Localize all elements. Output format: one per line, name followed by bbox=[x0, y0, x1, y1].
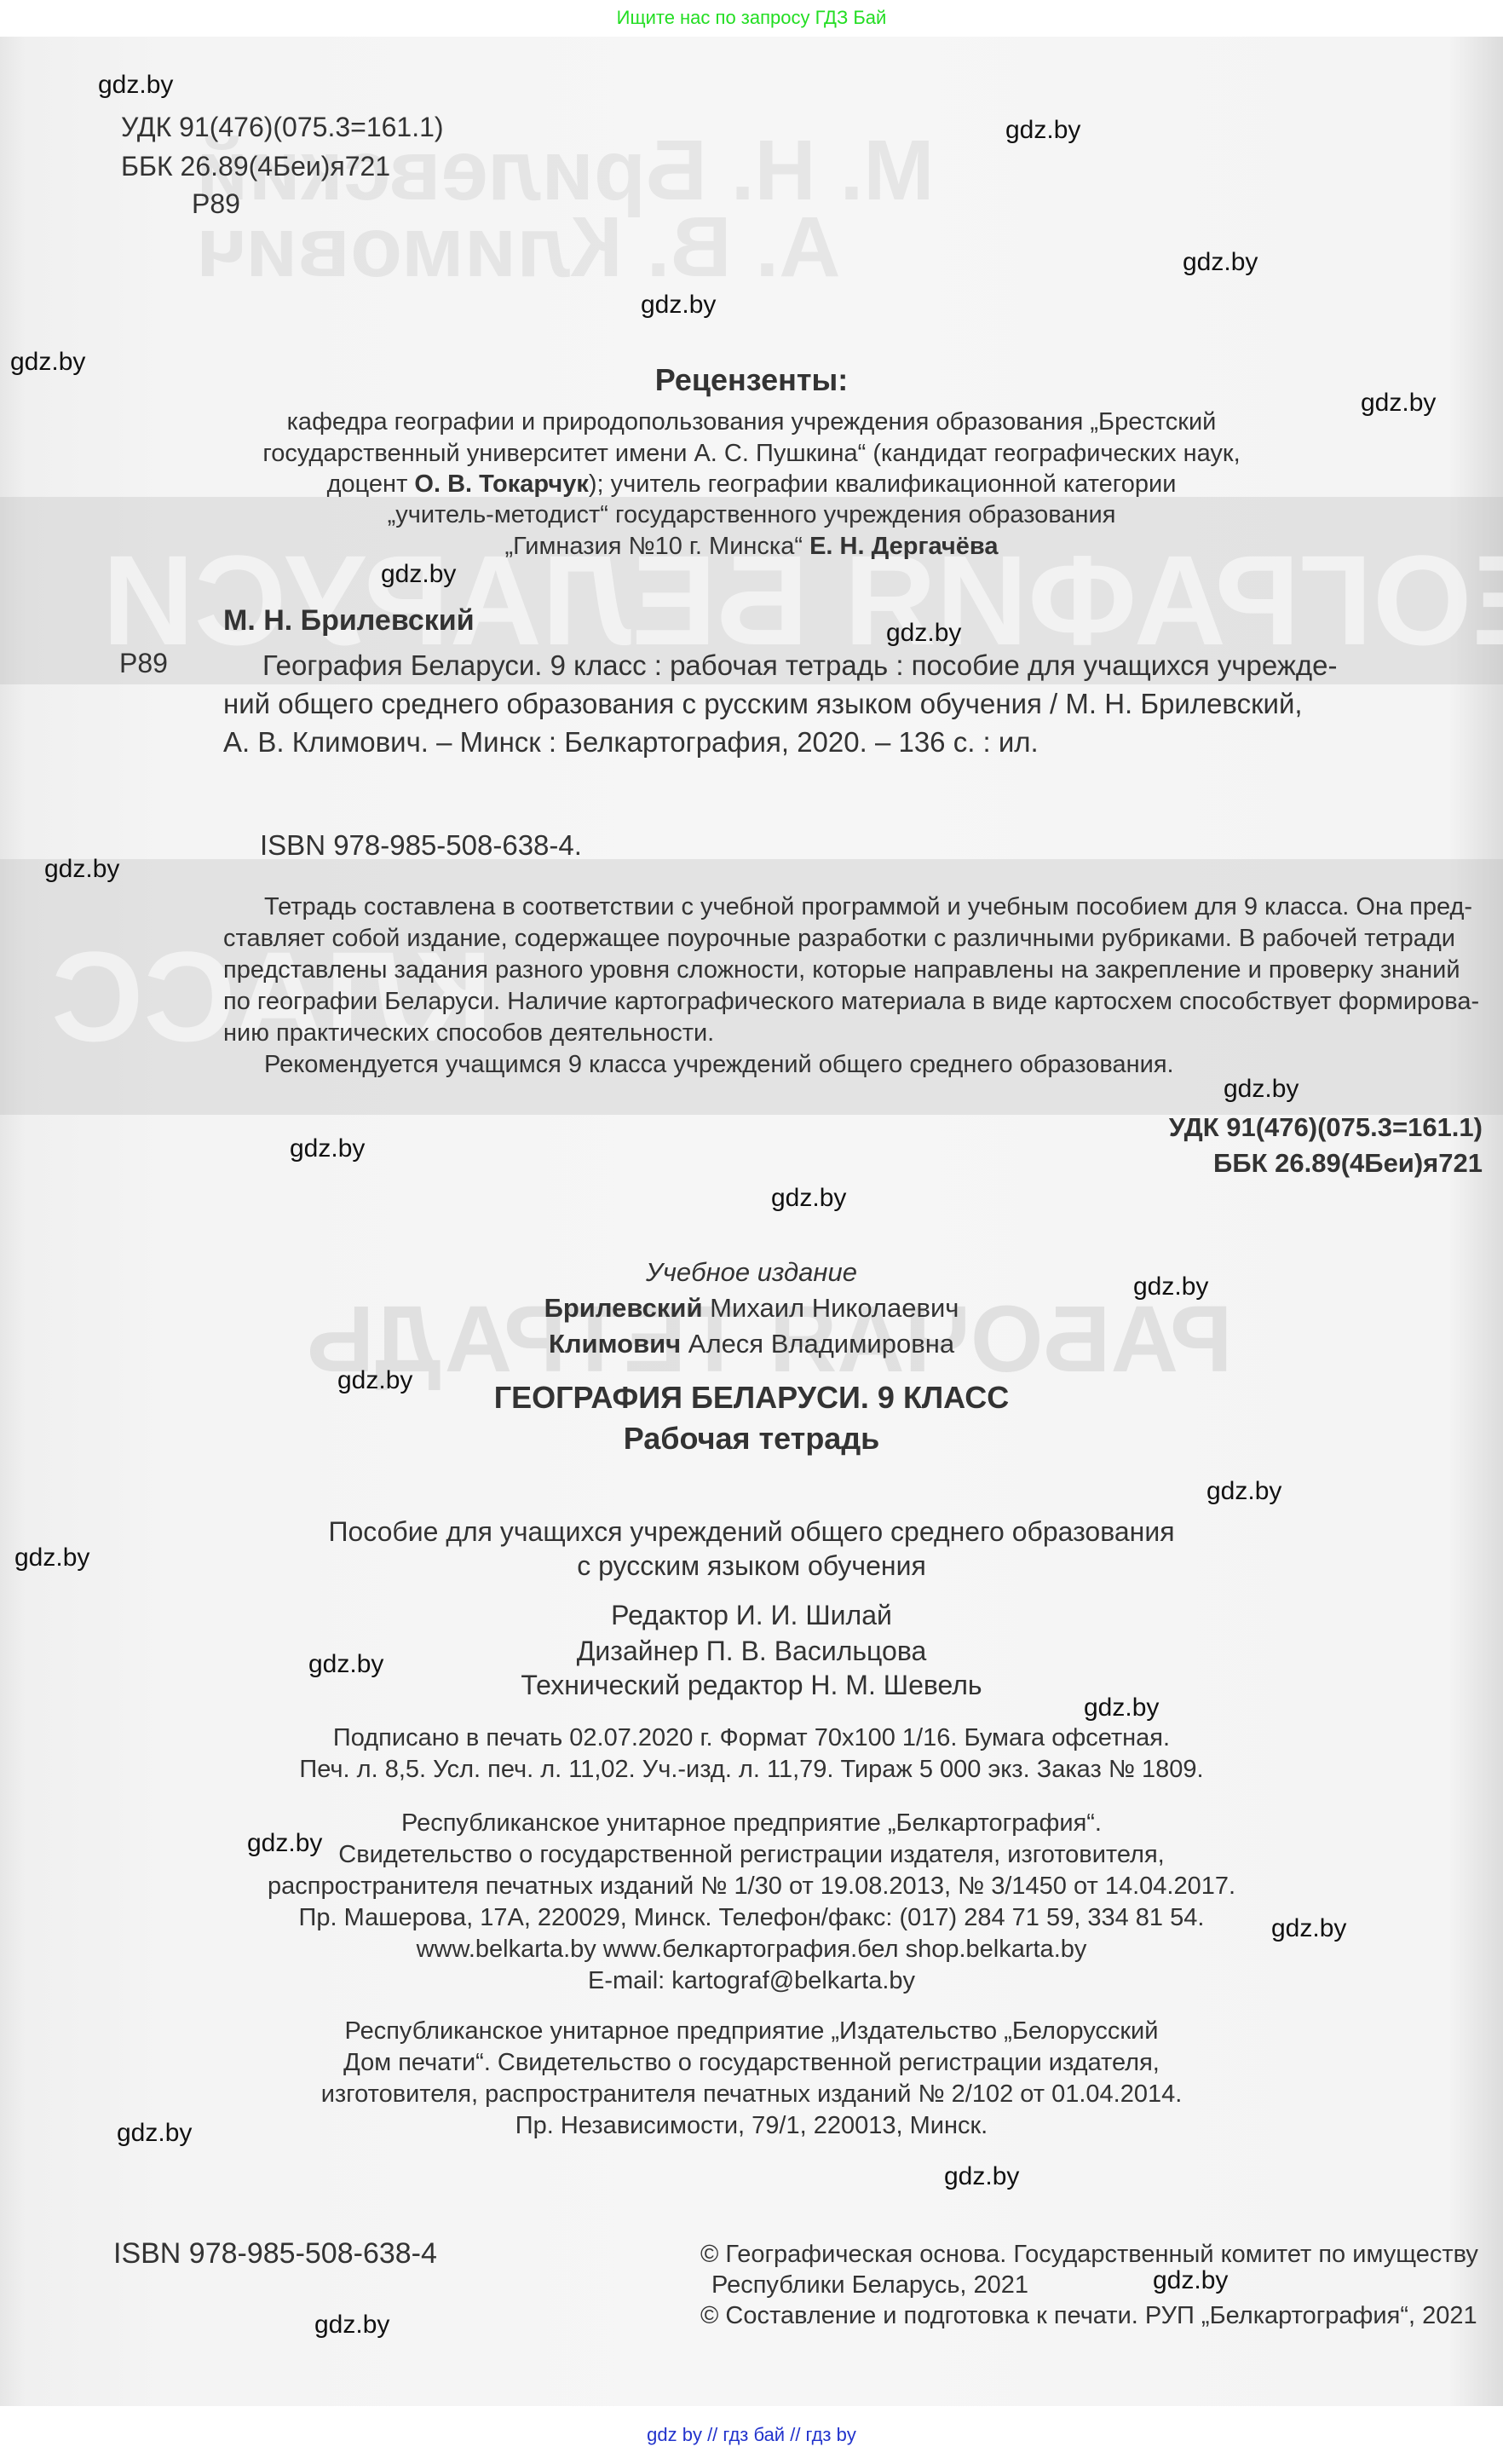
right-udk-code: УДК 91(476)(075.3=161.1) bbox=[1169, 1112, 1483, 1143]
reviewers-line-1: кафедра географии и природопользования у… bbox=[0, 408, 1503, 436]
annotation-line-5: нию практических способов деятельности. bbox=[223, 1019, 714, 1047]
author-1-surname: Брилевский bbox=[544, 1293, 703, 1323]
annotation-line-2: ставляет собой издание, содержащее поуро… bbox=[223, 925, 1455, 953]
watermark: gdz.by bbox=[117, 2119, 192, 2148]
watermark: gdz.by bbox=[247, 1829, 322, 1858]
author-2-name: Алеся Владимировна bbox=[681, 1329, 954, 1359]
citation-line-3: А. В. Климович. – Минск : Белкартография… bbox=[223, 726, 1039, 759]
annotation-line-3: представлены задания разного уровня слож… bbox=[223, 956, 1460, 984]
author-1-name: Михаил Николаевич bbox=[703, 1293, 959, 1323]
citation-line-1: География Беларуси. 9 класс : рабочая те… bbox=[262, 649, 1338, 682]
watermark: gdz.by bbox=[1224, 1075, 1299, 1104]
watermark: gdz.by bbox=[1005, 116, 1080, 145]
technical-editor: Технический редактор Н. М. Шевель bbox=[0, 1670, 1503, 1701]
copyright-line-2: Республики Беларусь, 2021 bbox=[711, 2271, 1028, 2300]
edition-type: Учебное издание bbox=[0, 1257, 1503, 1288]
publisher-email[interactable]: E-mail: kartograf@belkarta.by bbox=[0, 1967, 1503, 1995]
watermark: gdz.by bbox=[886, 619, 961, 648]
author-2: Климович Алеся Владимировна bbox=[0, 1329, 1503, 1359]
watermark: gdz.by bbox=[1153, 2266, 1228, 2295]
citation-isbn: ISBN 978-985-508-638-4. bbox=[260, 829, 582, 862]
printer-line-2: Дом печати“. Свидетельство о государстве… bbox=[0, 2049, 1503, 2077]
reviewers-line-2: государственный университет имени А. С. … bbox=[0, 440, 1503, 468]
annotation-recommendation: Рекомендуется учащимся 9 класса учрежден… bbox=[264, 1051, 1174, 1079]
copyright-line-1: © Географическая основа. Государственный… bbox=[700, 2241, 1478, 2269]
watermark: gdz.by bbox=[314, 2311, 389, 2340]
reviewer-name-tokarchuk: О. В. Токарчук bbox=[414, 470, 588, 498]
watermark: gdz.by bbox=[771, 1184, 846, 1213]
reviewer-text: ); учитель географии квалификационной ка… bbox=[589, 470, 1177, 498]
watermark: gdz.by bbox=[308, 1650, 383, 1679]
author-mark: Р89 bbox=[192, 188, 240, 220]
print-line-1: Подписано в печать 02.07.2020 г. Формат … bbox=[0, 1724, 1503, 1752]
footer-isbn: ISBN 978-985-508-638-4 bbox=[113, 2237, 437, 2271]
watermark: gdz.by bbox=[1133, 1272, 1208, 1301]
annotation-line-4: по географии Беларуси. Наличие картограф… bbox=[223, 988, 1479, 1016]
print-line-2: Печ. л. 8,5. Усл. печ. л. 11,02. Уч.-изд… bbox=[0, 1756, 1503, 1784]
watermark: gdz.by bbox=[381, 560, 456, 589]
publisher-line-1: Республиканское унитарное предприятие „Б… bbox=[0, 1809, 1503, 1838]
watermark: gdz.by bbox=[944, 2162, 1019, 2191]
reviewers-line-3: доцент О. В. Токарчук); учитель географи… bbox=[0, 470, 1503, 499]
publisher-line-2: Свидетельство о государственной регистра… bbox=[0, 1841, 1503, 1869]
watermark: gdz.by bbox=[641, 291, 716, 320]
watermark: gdz.by bbox=[14, 1544, 89, 1572]
citation-mark: Р89 bbox=[119, 648, 168, 679]
designer: Дизайнер П. В. Васильцова bbox=[0, 1636, 1503, 1667]
publisher-line-3: распространителя печатных изданий № 1/30… bbox=[0, 1873, 1503, 1901]
annotation-line-1: Тетрадь составлена в соответствии с учеб… bbox=[264, 893, 1472, 921]
reviewer-text: „Гимназия №10 г. Минска“ bbox=[505, 533, 810, 560]
watermark: gdz.by bbox=[10, 348, 85, 377]
right-bbk-code: ББК 26.89(4Беи)я721 bbox=[1213, 1148, 1483, 1179]
editor: Редактор И. И. Шилай bbox=[0, 1600, 1503, 1631]
printer-line-4: Пр. Независимости, 79/1, 220013, Минск. bbox=[0, 2112, 1503, 2140]
purpose-line-1: Пособие для учащихся учреждений общего с… bbox=[0, 1516, 1503, 1548]
watermark: gdz.by bbox=[1271, 1914, 1346, 1943]
watermark: gdz.by bbox=[1084, 1694, 1159, 1722]
ghost-author-names-2: А. В. Климович bbox=[196, 199, 840, 297]
watermark: gdz.by bbox=[1206, 1477, 1281, 1506]
watermark: gdz.by bbox=[98, 71, 173, 100]
author-2-surname: Климович bbox=[549, 1329, 681, 1359]
book-page: М. Н. Брилевский А. В. Климович ГЕОГРАФИ… bbox=[0, 37, 1503, 2406]
watermark: gdz.by bbox=[337, 1366, 412, 1395]
author-1: Брилевский Михаил Николаевич bbox=[0, 1293, 1503, 1324]
watermark: gdz.by bbox=[1361, 389, 1436, 418]
watermark: gdz.by bbox=[290, 1134, 365, 1163]
reviewers-line-4: „учитель-методист“ государственного учре… bbox=[0, 501, 1503, 529]
udk-code: УДК 91(476)(075.3=161.1) bbox=[121, 112, 444, 143]
reviewers-title: Рецензенты: bbox=[0, 362, 1503, 398]
reviewers-line-5: „Гимназия №10 г. Минска“ Е. Н. Дергачёва bbox=[0, 533, 1503, 561]
copyright-line-3: © Составление и подготовка к печати. РУП… bbox=[700, 2302, 1477, 2330]
top-search-banner[interactable]: Ищите нас по запросу ГДЗ Бай bbox=[0, 0, 1503, 36]
book-title: ГЕОГРАФИЯ БЕЛАРУСИ. 9 КЛАСС bbox=[0, 1380, 1503, 1416]
book-subtitle: Рабочая тетрадь bbox=[0, 1421, 1503, 1457]
printer-line-1: Республиканское унитарное предприятие „И… bbox=[0, 2017, 1503, 2046]
bottom-links-banner[interactable]: gdz by // гдз бай // гдз by bbox=[0, 2406, 1503, 2464]
citation-line-2: ний общего среднего образования с русски… bbox=[223, 688, 1303, 720]
reviewer-text: доцент bbox=[327, 470, 415, 498]
watermark: gdz.by bbox=[44, 855, 119, 884]
watermark: gdz.by bbox=[1183, 248, 1258, 277]
citation-author: М. Н. Брилевский bbox=[223, 604, 475, 638]
reviewer-name-dergacheva: Е. Н. Дергачёва bbox=[809, 533, 998, 560]
bbk-code: ББК 26.89(4Беи)я721 bbox=[121, 151, 390, 182]
purpose-line-2: с русским языком обучения bbox=[0, 1550, 1503, 1582]
printer-line-3: изготовителя, распространителя печатных … bbox=[0, 2080, 1503, 2109]
